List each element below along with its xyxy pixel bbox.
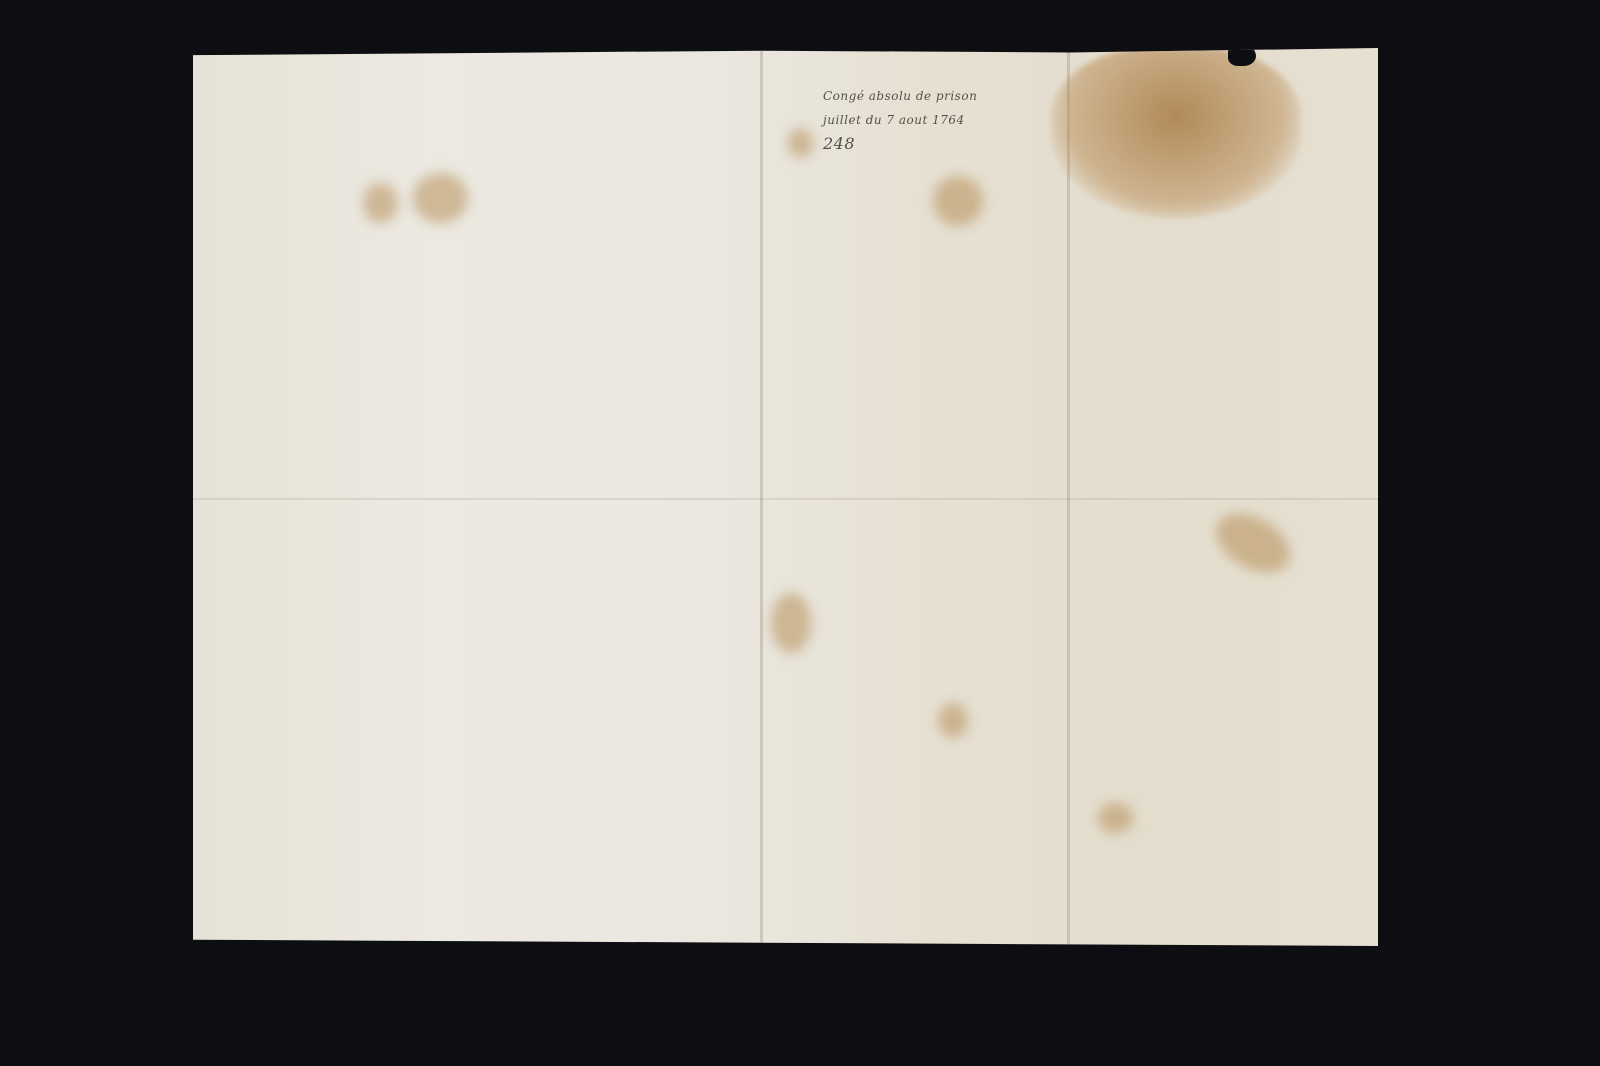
stain-spot [413,173,468,223]
handwritten-annotation: Congé absolu de prison juillet du 7 aout… [823,84,977,156]
stain-spot [933,176,983,226]
stain-spot [1098,803,1133,833]
annotation-line-1: Congé absolu de prison [823,84,977,108]
annotation-amount: 248 [823,132,977,156]
stain-spot [1206,501,1300,584]
vertical-fold [760,48,763,946]
horizontal-fold [193,498,1378,500]
water-stain [1051,48,1301,218]
paper-tear [1228,44,1256,66]
manuscript-sheet: Congé absolu de prison juillet du 7 aout… [193,48,1378,946]
stain-spot [788,128,813,158]
annotation-line-2: juillet du 7 aout 1764 [823,108,977,132]
stain-spot [938,703,968,738]
stain-spot [771,593,811,653]
stain-spot [363,183,398,223]
vertical-fold [1067,48,1070,946]
